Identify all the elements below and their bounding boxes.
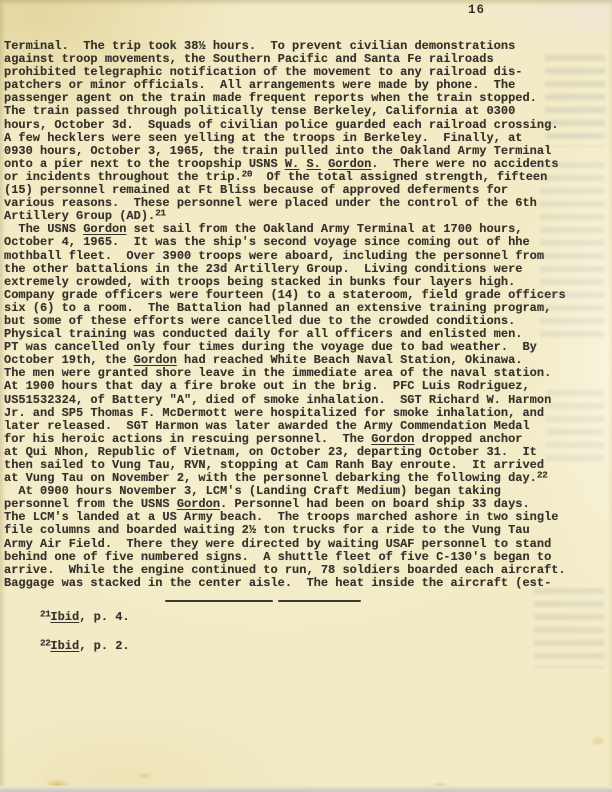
text-segment: (15) personnel remained at Ft Bliss beca… [4, 183, 508, 197]
text-segment: but some of these efforts were cancelled… [4, 314, 515, 328]
text-segment: Physical training was conducted daily fo… [4, 327, 522, 341]
paper-stain [138, 772, 152, 780]
text-segment: for his heroic actions in rescuing perso… [4, 432, 371, 446]
text-segment: against troop movements, the Southern Pa… [4, 52, 494, 66]
footnote-reference: 22 [537, 469, 547, 482]
underlined-text: Gordon [83, 222, 126, 236]
text-segment: had reached White Beach Naval Station, O… [177, 353, 523, 367]
text-segment: file columns and boarded waiting 2½ ton … [4, 523, 530, 537]
text-segment: The men were granted shore leave in the … [4, 366, 551, 380]
paper-stain [44, 779, 70, 789]
underlined-text: Gordon [177, 497, 220, 511]
text-segment: The LCM's landed at a US Army beach. The… [4, 510, 559, 524]
text-segment: or incidents throughout the trip. [4, 170, 242, 184]
text-segment: Company grade officers were fourteen (14… [4, 288, 566, 302]
text-segment: . There were no accidents [371, 157, 558, 171]
underlined-text: Gordon [134, 353, 177, 367]
text-segment: . Personnel had been on board ship 33 da… [220, 497, 530, 511]
text-segment: extremely crowded, with troops being sta… [4, 275, 515, 289]
text-segment: at Qui Nhon, Republic of Vietnam, on Oct… [4, 445, 537, 459]
text-segment: Army Air Field. There they were directed… [4, 537, 551, 551]
text-segment: Jr. and SP5 Thomas F. McDermott were hos… [4, 406, 544, 420]
footnote-rule [165, 600, 361, 602]
underlined-text: S. [306, 157, 320, 171]
text-segment: US51532324, of Battery "A", died of smok… [4, 393, 551, 407]
text-segment [321, 157, 328, 171]
footnote-rule-segment [165, 600, 273, 602]
text-segment: At 0900 hours November 3, LCM's (Landing… [4, 484, 501, 498]
text-segment: hours, October 3d. Squads of civilian po… [4, 118, 559, 132]
text-segment: The train passed through politically ten… [4, 104, 515, 118]
text-segment: Terminal. The trip took 38½ hours. To pr… [4, 39, 515, 53]
text-segment: 0930 hours, October 3, 1965, the train p… [4, 144, 551, 158]
text-segment: behind one of five numbered signs. A shu… [4, 550, 551, 564]
text-segment: October 19th, the [4, 353, 134, 367]
underlined-text: Gordon [371, 432, 414, 446]
text-segment: the other battalions in the 23d Artiller… [4, 262, 522, 276]
footnote: 21Ibid, p. 4. [40, 611, 130, 624]
text-segment: later released. SGT Harmon was later awa… [4, 419, 530, 433]
text-segment: Of the total assigned strength, fifteen [252, 170, 547, 184]
text-segment: prohibited telegraphic notification of t… [4, 65, 522, 79]
document-body: Terminal. The trip took 38½ hours. To pr… [4, 40, 566, 590]
text-line: Baggage was stacked in the center aisle.… [4, 577, 566, 590]
text-segment: patchers or minor officials. All arrange… [4, 78, 515, 92]
footnote-rule-segment [278, 600, 361, 602]
ink-show-through [534, 588, 604, 668]
text-segment: passenger agent on the train made freque… [4, 91, 537, 105]
text-segment: Artillery Group (AD). [4, 209, 155, 223]
text-segment: At 1900 hours that day a fire broke out … [4, 379, 530, 393]
underlined-text: W. [285, 157, 299, 171]
footnote-number: 21 [40, 608, 50, 621]
text-segment: arrive. While the engine continued to ru… [4, 563, 566, 577]
footnote-reference: 21 [155, 207, 165, 220]
text-segment: A few hecklers were seen yelling at the … [4, 131, 522, 145]
text-segment: October 4, 1965. It was the ship's secon… [4, 235, 530, 249]
paper-stain [590, 735, 606, 747]
paper-stain [430, 781, 450, 789]
footnotes: 21Ibid, p. 4.22Ibid, p. 2. [40, 611, 130, 653]
underlined-text: Ibid [50, 639, 79, 653]
text-segment: then sailed to Vung Tau, RVN, stopping a… [4, 458, 544, 472]
underlined-text: Gordon [328, 157, 371, 171]
page-number: 16 [468, 3, 485, 17]
footnote: 22Ibid, p. 2. [40, 640, 130, 653]
footnote-reference: 20 [242, 167, 252, 180]
text-segment: dropped anchor [414, 432, 522, 446]
text-segment: various reasons. These personnel were pl… [4, 196, 537, 210]
text-segment: six (6) to a room. The Battalion had pla… [4, 301, 551, 315]
text-segment: The USNS [4, 222, 83, 236]
footnote-number: 22 [40, 637, 50, 650]
text-segment: Baggage was stacked in the center aisle.… [4, 576, 551, 590]
text-segment: , p. 4. [79, 610, 129, 624]
text-segment: at Vung Tau on November 2, with the pers… [4, 471, 537, 485]
text-segment: , p. 2. [79, 639, 129, 653]
underlined-text: Ibid [50, 610, 79, 624]
scanned-document-page: 16 Terminal. The trip took 38½ hours. To… [0, 0, 612, 792]
text-segment: mothball fleet. Over 3900 troops were ab… [4, 249, 544, 263]
text-segment: PT was cancelled only four times during … [4, 340, 537, 354]
text-segment: personnel from the USNS [4, 497, 177, 511]
text-segment: set sail from the Oakland Army Terminal … [126, 222, 522, 236]
